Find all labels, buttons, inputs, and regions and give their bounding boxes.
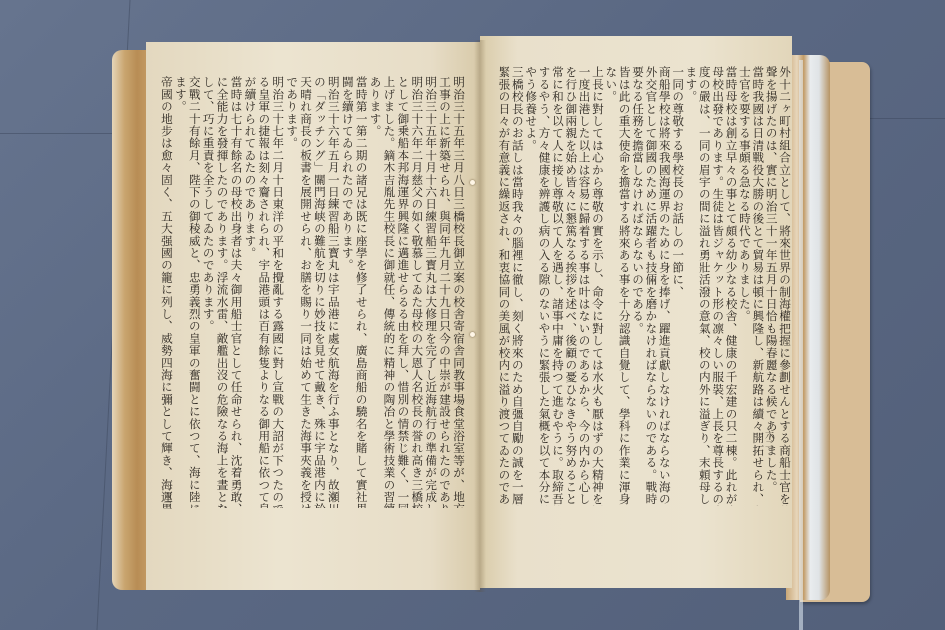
text-column: 母校出發であります。生徒は皆ジャケット形の凛々しい服裝、上長を尊長するの念、禮儀… (712, 66, 725, 506)
left-page-text: 明治三十五年三月八日三橋校長御立案の校舎寄宿舎同教事場食堂浴室等が、地方人士の汗… (160, 76, 466, 508)
page-edges-right (786, 55, 830, 600)
text-column: ない。 (605, 66, 618, 506)
text-column: して、巧に重責を全うしてゐたのであります。 (202, 76, 216, 508)
text-column: として御乗船本邦海運界興隆に邁進せらるる由を拜し、惜別の情禁じ難く、一同衷心より… (396, 76, 410, 508)
text-column: 緊張の日々が有意義に繰返され、和衷協同の美風が校内に溢り渡つてゐたのであります。 (498, 66, 511, 506)
text-column: 天晴れ商長の板書を展開せられ、お膳を賜り一同は始めて生きた海事夾義を授けられ、啓… (299, 76, 313, 508)
text-column: 上長に對しては心から尊敬の實を示し、命令に對しては水火も厭はずの大精神を涵養しな… (592, 66, 605, 506)
text-column: 外交官として御國のために活躍者も技倆を磨かなければならないのである。戰時の際は御… (645, 66, 658, 506)
text-column: 闘を續けてゐられたのであります。 (341, 76, 355, 508)
text-column: 工事の上に新築せられ、與同年九月二十九日只今の中崇が建設せられたのであります。 (438, 76, 452, 508)
right-page-text: 外十二ヶ町村組合立として、將來世界の制海權把握に參劃せんとする商船士官を養成する… (498, 66, 792, 506)
text-column: 一度出港した以上は容易に歸着する事は叶はないのであるから、今の内から心して、家庭… (578, 66, 591, 506)
text-column: 度の嚴は、一同の眉宇の間に溢れ勇壯活潑の意氣、校の内外に溢ぎり、末頼母しき學校で… (698, 66, 711, 506)
text-column: ます。 (685, 66, 698, 506)
text-column: 一同の尊敬する學校長のお話しの一節に、 (672, 66, 685, 506)
text-column: 皆は此の重大使命を擔當する將來ある事を十分認識自覺して、學科に作業に渾身の勇を奮… (618, 66, 631, 506)
page-number-right: 六二 (762, 430, 775, 448)
text-column: 常に和を以て人に接し尊敬以て人を遇し、諸事中庸を持つて進むやうに。取締吾等は絶對… (552, 66, 565, 506)
text-column: 三橋校長のお話しは當時我々の腦裡に徹し、刻く將來のため自彊自勵の誠を一層喚起せし… (511, 66, 524, 506)
text-column: 當時母校は創立早々の事とて頗る幼少なる校舎、健康の千宏建の只二棟。此れが今日誇た… (725, 66, 738, 506)
text-column: 明治三十六年五月一日練習船三寳丸は宇品港に處女航海を行ふ事となり、故瀬川校長自ら… (327, 76, 341, 508)
page-edges-left (112, 50, 148, 590)
text-column: 帝國の地步は愈々固く、五大强國の籠に列し、威勢四海に彌として輝き、海運界又一段の… (160, 76, 174, 508)
text-column: 明治三十七年二月十日東洋の平和を攪亂する露國に對し宣戰の大詔が下つたのであります… (271, 76, 285, 508)
text-column: 當時第一第二期の諸兄は既に座學を修了せられ、廣島商船の驍名を賭して實社界に乗出し… (355, 76, 369, 508)
text-column: 外十二ヶ町村組合立として、將來世界の制海權把握に參劃せんとする商船士官を養成する… (779, 66, 792, 506)
text-column: に全能力を發揮したのであります。浮流水雷、敵艦出沒の危險なる海上を晝となく夜とな… (216, 76, 230, 508)
text-column: の「ダッチング」關門海峡の難航を切りに妙技を見せて戴き、殊に宇品港内に於て操行せ… (313, 76, 327, 508)
text-column: するやう、方々健康を辨護し病の入る隙のないやうに緊張した氣概を以て本分に精勵し、… (538, 66, 551, 506)
binding-hole-top (470, 180, 475, 185)
text-column: 當時は七十有餘名の母校出身者は夫々御用船士官として任命せられ、沈着勇敢、不眠不休… (230, 76, 244, 508)
glass-plate-edge (799, 60, 803, 630)
text-column: 商船學校は將來我國海運界のために身を捧げ、躍進貢獻しなければならない海の王者を養… (658, 66, 671, 506)
text-column: 明治三十五年十月十六日練習船三寳丸は大修理を完了し近海航行の準備が完成したのであ… (424, 76, 438, 508)
text-column: る皇軍の捷報は刻々齎されられ、宇品港頭は百有餘隻よりなる御用船に依つて皇軍、軍需… (257, 76, 271, 508)
text-column: 明治三十五年三月八日三橋校長御立案の校舎寄宿舎同教事場食堂浴室等が、地方人士の汗… (452, 76, 466, 508)
text-column: 交戰二十有餘月、陛下の御稜威と、忠勇義烈の皇軍の奮闘とに依つて、海に陸に連戦連勝… (188, 76, 202, 508)
book-gutter (474, 40, 486, 592)
open-book: 明治三十五年三月八日三橋校長御立案の校舎寄宿舎同教事場食堂浴室等が、地方人士の汗… (0, 0, 945, 630)
text-column: ます。 (174, 76, 188, 508)
text-column: であります。 (285, 76, 299, 508)
text-column: 上げました。鏑木吉胤先生校長に御就任、傳統的に精神の陶冶と學術技業の習練に極力邁… (383, 76, 397, 508)
text-column: を行ひ御兩親を始め皆々に懇篤なる挨拶を述べ、後顧の憂ひなきやう努めることが大切で… (565, 66, 578, 506)
page-number-left: 六三 (160, 492, 173, 510)
text-column: 明治三十六年二月慈父の如く敬慕してゐた母校の大恩人名校長の誉れ高き三橋校長先生に… (410, 76, 424, 508)
text-column: が續けられてゐたのであります。 (244, 76, 258, 508)
binding-hole-bottom (470, 332, 475, 337)
text-column: 士官を要する事頗る急なる時代でありました。 (739, 66, 752, 506)
text-column: やう修養せよ。 (525, 66, 538, 506)
text-column: 要なる任務を擔當しなければならないのである。 (632, 66, 645, 506)
text-column: あります。 (369, 76, 383, 508)
